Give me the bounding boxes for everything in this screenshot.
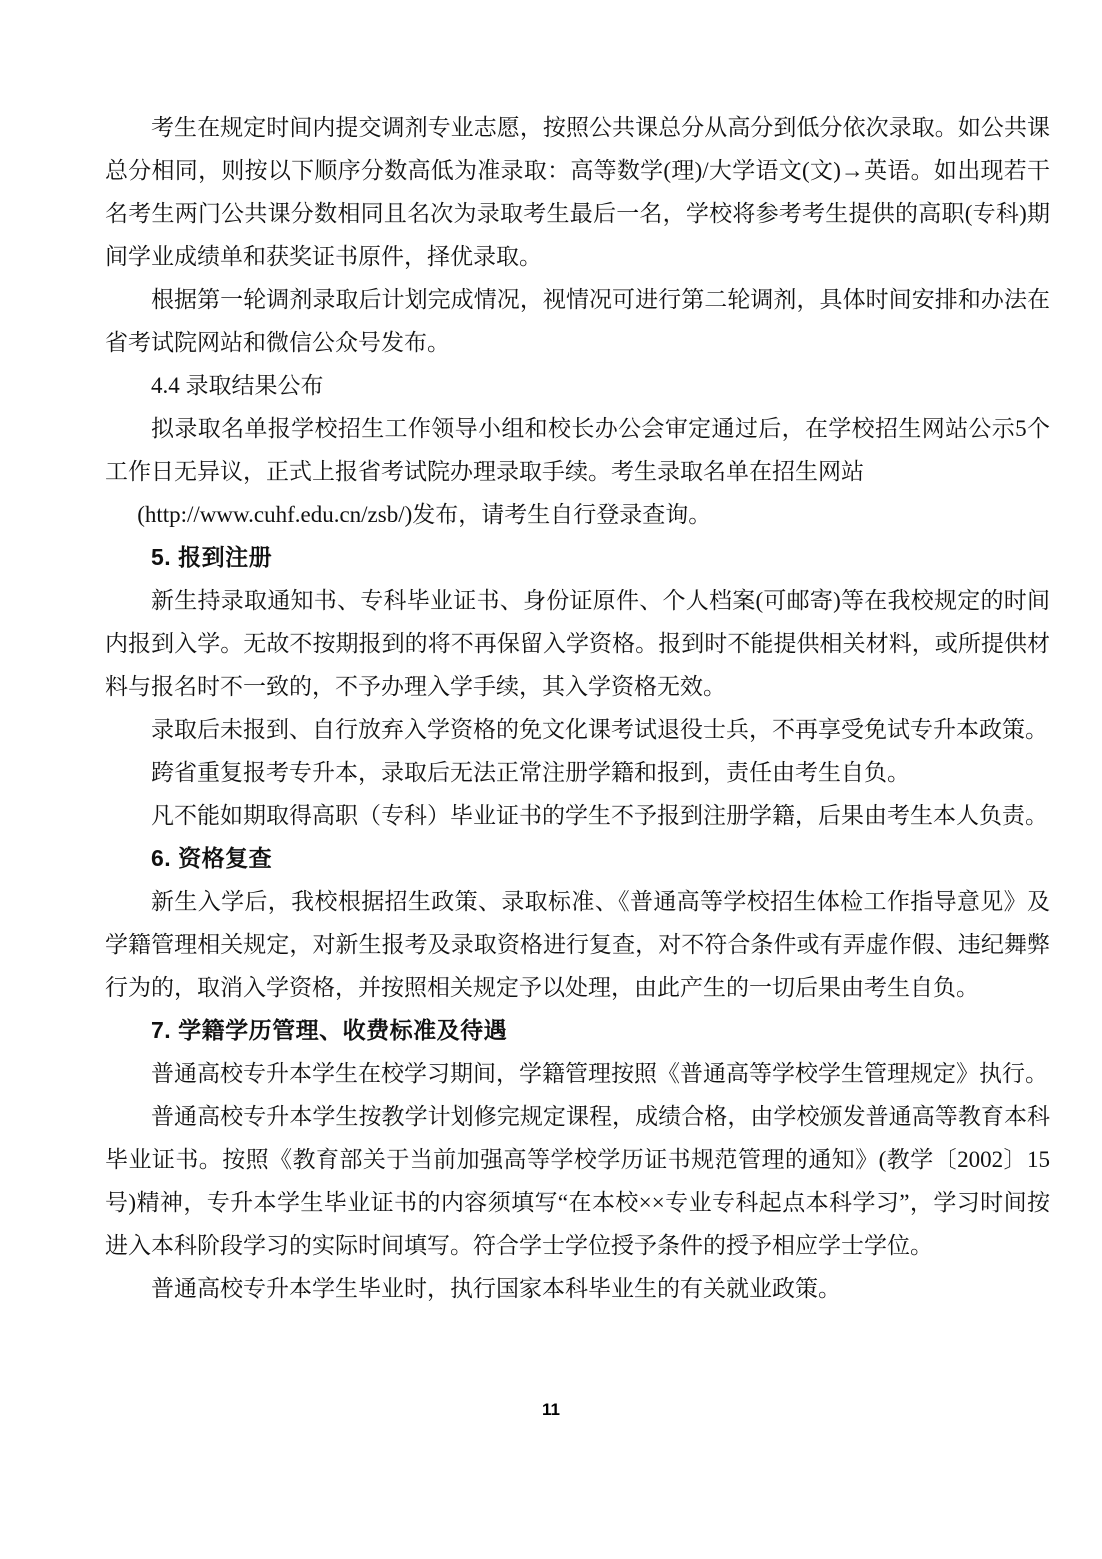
- paragraph-qualification-recheck: 新生入学后，我校根据招生政策、录取标准、《普通高等学校招生体检工作指导意见》及学…: [105, 880, 1050, 1009]
- paragraph-diploma-requirement: 凡不能如期取得高职（专科）毕业证书的学生不予报到注册学籍，后果由考生本人负责。: [105, 794, 1050, 837]
- paragraph-admission-website-url: (http://www.cuhf.edu.cn/zsb/)发布，请考生自行登录查…: [105, 493, 1050, 536]
- paragraph-transfer-admission-rules: 考生在规定时间内提交调剂专业志愿，按照公共课总分从高分到低分依次录取。如公共课总…: [105, 106, 1050, 278]
- paragraph-employment-policy: 普通高校专升本学生毕业时，执行国家本科毕业生的有关就业政策。: [105, 1267, 1050, 1310]
- document-body: 考生在规定时间内提交调剂专业志愿，按照公共课总分从高分到低分依次录取。如公共课总…: [105, 106, 1050, 1310]
- document-page: 考生在规定时间内提交调剂专业志愿，按照公共课总分从高分到低分依次录取。如公共课总…: [0, 0, 1102, 1559]
- paragraph-veteran-exemption-policy: 录取后未报到、自行放弃入学资格的免文化课考试退役士兵，不再享受免试专升本政策。: [105, 708, 1050, 751]
- subheading-4-4-admission-results: 4.4 录取结果公布: [105, 364, 1050, 407]
- heading-5-registration: 5. 报到注册: [105, 536, 1050, 579]
- paragraph-graduation-certificate: 普通高校专升本学生按教学计划修完规定课程，成绩合格，由学校颁发普通高等教育本科毕…: [105, 1095, 1050, 1267]
- paragraph-second-round-adjustment: 根据第一轮调剂录取后计划完成情况，视情况可进行第二轮调剂，具体时间安排和办法在省…: [105, 278, 1050, 364]
- page-number: 11: [0, 1400, 1102, 1420]
- paragraph-cross-province-duplicate: 跨省重复报考专升本，录取后无法正常注册学籍和报到，责任由考生自负。: [105, 751, 1050, 794]
- paragraph-registration-materials: 新生持录取通知书、专科毕业证书、身份证原件、个人档案(可邮寄)等在我校规定的时间…: [105, 579, 1050, 708]
- heading-6-qualification-review: 6. 资格复查: [105, 837, 1050, 880]
- heading-7-status-fees-treatment: 7. 学籍学历管理、收费标准及待遇: [105, 1009, 1050, 1052]
- paragraph-student-status-rules: 普通高校专升本学生在校学习期间，学籍管理按照《普通高等学校学生管理规定》执行。: [105, 1052, 1050, 1095]
- paragraph-admission-list-publicity: 拟录取名单报学校招生工作领导小组和校长办公会审定通过后，在学校招生网站公示5个工…: [105, 407, 1050, 493]
